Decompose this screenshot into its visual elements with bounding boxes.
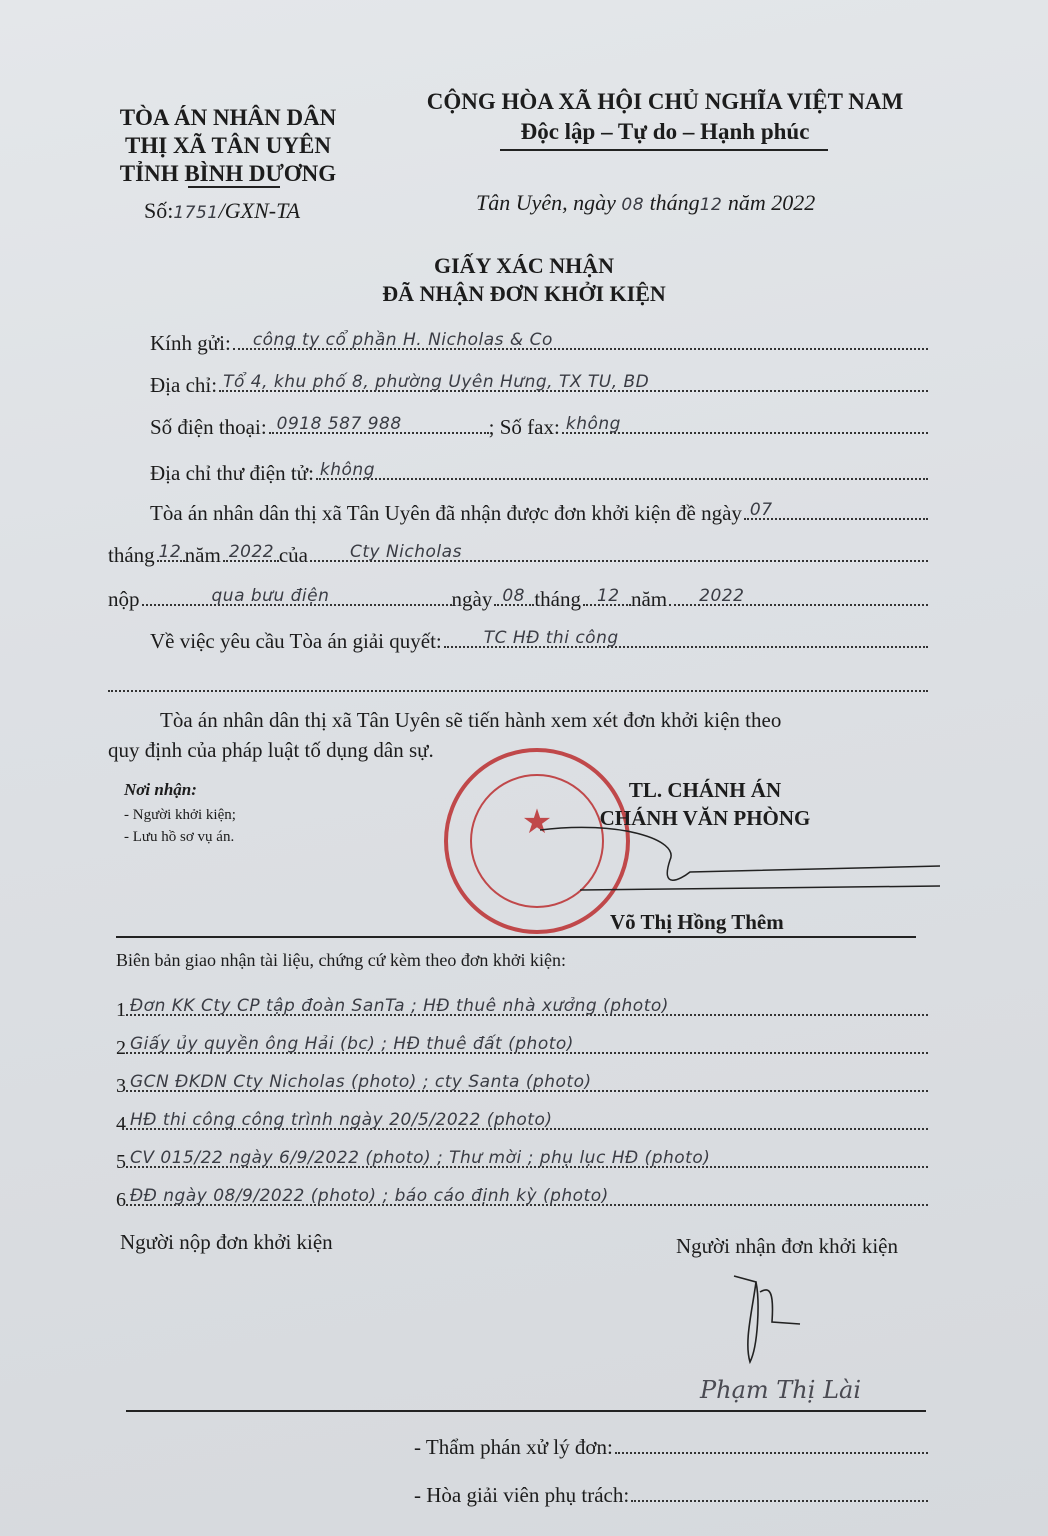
receipt-intro-text: Tòa án nhân dân thị xã Tân Uyên đã nhận … bbox=[150, 501, 742, 526]
recipient-item: - Người khởi kiện; bbox=[124, 804, 236, 826]
date-year: năm 2022 bbox=[728, 190, 815, 215]
document-num: 2 bbox=[116, 1037, 126, 1060]
email-value: không bbox=[320, 460, 375, 480]
section-divider bbox=[116, 936, 916, 938]
signatory-line1: TL. CHÁNH ÁN bbox=[580, 776, 830, 804]
receipt-intro: Tòa án nhân dân thị xã Tân Uyên đã nhận … bbox=[150, 496, 928, 526]
notice-line2: quy định của pháp luật tố dụng dân sự. bbox=[108, 738, 434, 763]
document-num: 6 bbox=[116, 1189, 126, 1212]
number-label: Số: bbox=[144, 198, 173, 223]
date-month-label: tháng bbox=[650, 190, 700, 215]
document-item: 5 CV 015/22 ngày 6/9/2022 (photo) ; Thư … bbox=[116, 1136, 928, 1174]
phone-label: Số điện thoại: bbox=[150, 415, 267, 440]
request-value: TC HĐ thi công bbox=[484, 628, 619, 648]
submit-label: nộp bbox=[108, 587, 140, 612]
title-line2: ĐÃ NHẬN ĐƠN KHỞI KIỆN bbox=[0, 280, 1048, 308]
recipients-title: Nơi nhận: bbox=[124, 780, 197, 800]
document-num: 1 bbox=[116, 999, 126, 1022]
receiver-signature-icon bbox=[730, 1262, 830, 1372]
request-label: Về việc yêu cầu Tòa án giải quyết: bbox=[150, 629, 442, 654]
request-continuation bbox=[108, 690, 928, 692]
document-number: Số:1751/GXN-TA bbox=[144, 198, 300, 224]
document-item: 2 Giấy ủy quyền ông Hải (bc) ; HĐ thuê đ… bbox=[116, 1022, 928, 1060]
submit-month: 12 bbox=[597, 586, 620, 606]
phone-value: 0918 587 988 bbox=[277, 414, 402, 434]
recipients-list: - Người khởi kiện; - Lưu hồ sơ vụ án. bbox=[124, 804, 236, 848]
address-value: Tổ 4, khu phố 8, phường Uyên Hưng, TX TU… bbox=[223, 372, 649, 392]
date-prefix: Tân Uyên, ngày bbox=[476, 190, 616, 215]
national-header: CỘNG HÒA XÃ HỘI CHỦ NGHĨA VIỆT NAM Độc l… bbox=[400, 88, 930, 146]
court-line3: TỈNH BÌNH DƯƠNG bbox=[108, 160, 348, 188]
notice-line1: Tòa án nhân dân thị xã Tân Uyên sẽ tiến … bbox=[160, 708, 781, 733]
receipt-day: 07 bbox=[750, 500, 773, 520]
fax-value: không bbox=[566, 414, 621, 434]
signature-scribble-icon bbox=[540, 820, 960, 900]
fax-label: ; Số fax: bbox=[489, 415, 560, 440]
judge-label: - Thẩm phán xử lý đơn: bbox=[414, 1435, 613, 1460]
nation-name: CỘNG HÒA XÃ HỘI CHỦ NGHĨA VIỆT NAM bbox=[400, 88, 930, 116]
judge-field: - Thẩm phán xử lý đơn: bbox=[414, 1430, 928, 1460]
documents-title: Biên bản giao nhận tài liệu, chứng cứ kè… bbox=[116, 950, 566, 971]
document-text: Giấy ủy quyền ông Hải (bc) ; HĐ thuê đất… bbox=[130, 1034, 574, 1054]
date-month: 12 bbox=[700, 195, 723, 215]
phone-fax-field: Số điện thoại: 0918 587 988 ; Số fax: kh… bbox=[150, 410, 928, 440]
submit-year: 2022 bbox=[699, 586, 744, 606]
recipient-value: công ty cổ phần H. Nicholas & Co bbox=[253, 330, 553, 350]
address-label: Địa chỉ: bbox=[150, 373, 217, 398]
receipt-month-year: tháng 12 năm 2022 của Cty Nicholas bbox=[108, 538, 928, 568]
document-item: 3 GCN ĐKDN Cty Nicholas (photo) ; cty Sa… bbox=[116, 1060, 928, 1098]
receipt-of-label: của bbox=[279, 543, 308, 568]
receiver-label: Người nhận đơn khởi kiện bbox=[676, 1234, 898, 1259]
submission-row: nộp qua bưu điện ngày 08 tháng 12 năm 20… bbox=[108, 582, 928, 612]
number-suffix: /GXN-TA bbox=[219, 198, 300, 223]
document-item: 6 ĐĐ ngày 08/9/2022 (photo) ; báo cáo đị… bbox=[116, 1174, 928, 1212]
submitter-label: Người nộp đơn khởi kiện bbox=[120, 1230, 333, 1255]
court-line2: THỊ XÃ TÂN UYÊN bbox=[108, 132, 348, 160]
email-label: Địa chỉ thư điện tử: bbox=[150, 461, 314, 486]
receipt-month-label: tháng bbox=[108, 543, 155, 568]
motto-underline bbox=[500, 149, 828, 151]
recipient-field: Kính gửi: công ty cổ phần H. Nicholas & … bbox=[150, 326, 928, 356]
document-text: HĐ thi công công trình ngày 20/5/2022 (p… bbox=[130, 1110, 553, 1130]
document-num: 4 bbox=[116, 1113, 126, 1136]
bottom-divider bbox=[126, 1410, 926, 1412]
submit-day-label: ngày bbox=[452, 587, 493, 612]
receipt-of-value: Cty Nicholas bbox=[350, 542, 462, 562]
document-text: ĐĐ ngày 08/9/2022 (photo) ; báo cáo định… bbox=[130, 1186, 609, 1206]
submit-year-label: năm bbox=[631, 587, 667, 612]
receipt-month: 12 bbox=[159, 542, 182, 562]
document-text: Đơn KK Cty CP tập đoàn SanTa ; HĐ thuê n… bbox=[130, 996, 669, 1016]
signatory-name: Võ Thị Hồng Thêm bbox=[610, 910, 784, 935]
mediator-field: - Hòa giải viên phụ trách: bbox=[414, 1478, 928, 1508]
date-day: 08 bbox=[621, 195, 644, 215]
recipient-label: Kính gửi: bbox=[150, 331, 231, 356]
submit-day: 08 bbox=[502, 586, 525, 606]
court-name: TÒA ÁN NHÂN DÂN THỊ XÃ TÂN UYÊN TỈNH BÌN… bbox=[108, 104, 348, 188]
request-row: Về việc yêu cầu Tòa án giải quyết: TC HĐ… bbox=[150, 624, 928, 654]
submit-method: qua bưu điện bbox=[212, 586, 330, 606]
address-field: Địa chỉ: Tổ 4, khu phố 8, phường Uyên Hư… bbox=[150, 368, 928, 398]
document-text: GCN ĐKDN Cty Nicholas (photo) ; cty Sant… bbox=[130, 1072, 592, 1092]
submit-month-label: tháng bbox=[534, 587, 581, 612]
issue-date: Tân Uyên, ngày 08 tháng12 năm 2022 bbox=[476, 190, 815, 216]
email-field: Địa chỉ thư điện tử: không bbox=[150, 456, 928, 486]
document-page: TÒA ÁN NHÂN DÂN THỊ XÃ TÂN UYÊN TỈNH BÌN… bbox=[0, 0, 1048, 1536]
receipt-year-label: năm bbox=[185, 543, 221, 568]
recipient-item: - Lưu hồ sơ vụ án. bbox=[124, 826, 236, 848]
documents-list: 1 Đơn KK Cty CP tập đoàn SanTa ; HĐ thuê… bbox=[116, 984, 928, 1212]
number-value: 1751 bbox=[173, 203, 218, 223]
nation-motto: Độc lập – Tự do – Hạnh phúc bbox=[400, 118, 930, 146]
receipt-year: 2022 bbox=[229, 542, 274, 562]
document-num: 5 bbox=[116, 1151, 126, 1174]
court-line1: TÒA ÁN NHÂN DÂN bbox=[108, 104, 348, 132]
mediator-label: - Hòa giải viên phụ trách: bbox=[414, 1483, 629, 1508]
header-underline-left bbox=[188, 186, 280, 188]
document-item: 1 Đơn KK Cty CP tập đoàn SanTa ; HĐ thuê… bbox=[116, 984, 928, 1022]
document-num: 3 bbox=[116, 1075, 126, 1098]
document-item: 4 HĐ thi công công trình ngày 20/5/2022 … bbox=[116, 1098, 928, 1136]
title-line1: GIẤY XÁC NHẬN bbox=[0, 252, 1048, 280]
receiver-name: Phạm Thị Lài bbox=[700, 1376, 861, 1404]
document-text: CV 015/22 ngày 6/9/2022 (photo) ; Thư mờ… bbox=[130, 1148, 710, 1168]
document-title: GIẤY XÁC NHẬN ĐÃ NHẬN ĐƠN KHỞI KIỆN bbox=[0, 252, 1048, 308]
